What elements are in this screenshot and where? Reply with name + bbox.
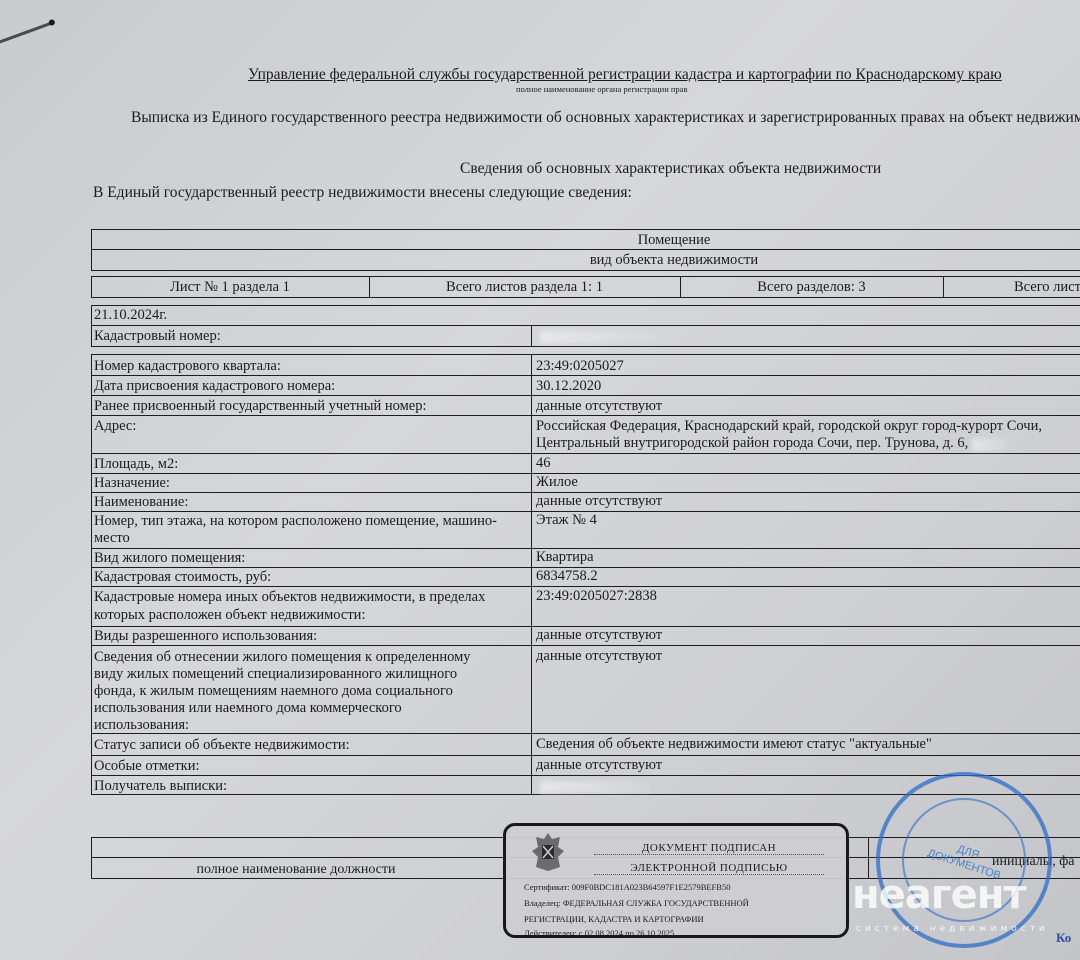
certificate-owner-line1: Владелец: ФЕДЕРАЛЬНАЯ СЛУЖБА ГОСУДАРСТВЕ… xyxy=(524,898,749,908)
authority-name: Управление федеральной службы государств… xyxy=(248,66,1002,84)
sheet-number: Лист № 1 раздела 1 xyxy=(91,279,369,296)
electronic-signature-box: ДОКУМЕНТ ПОДПИСАН ЭЛЕКТРОННОЙ ПОДПИСЬЮ С… xyxy=(503,823,849,938)
row-value-previous-number: данные отсутствуют xyxy=(536,398,662,415)
row-label-specialized-housing-3: фонда, к жилым помещениям наемного дома … xyxy=(94,683,453,700)
object-type-value: Помещение xyxy=(91,232,1080,249)
row-label-specialized-housing-2: виду жилых помещений специализированного… xyxy=(94,666,457,683)
row-label-specialized-housing-4: использования или наемного дома коммерче… xyxy=(94,700,402,717)
certificate-number: Сертификат: 009F0BDC181A023B64597F1E2579… xyxy=(524,882,730,892)
row-label-record-status: Статус записи об объекте недвижимости: xyxy=(94,737,350,754)
row-label-address: Адрес: xyxy=(94,418,136,435)
row-value-purpose: Жилое xyxy=(536,474,578,491)
pen-mark xyxy=(0,22,53,47)
row-label-floor-line2: место xyxy=(94,530,130,547)
row-label-name: Наименование: xyxy=(94,494,188,511)
row-value-specialized-housing: данные отсутствуют xyxy=(536,648,662,665)
row-label-special-notes: Особые отметки: xyxy=(94,758,200,775)
object-type-caption: вид объекта недвижимости xyxy=(91,252,1080,269)
row-divider xyxy=(91,733,1080,734)
column-divider xyxy=(531,354,532,795)
authority-caption: полное наименование органа регистрации п… xyxy=(516,84,687,94)
row-label-dwelling-type: Вид жилого помещения: xyxy=(94,550,245,567)
row-value-dwelling-type: Квартира xyxy=(536,549,594,566)
row-label-specialized-housing-5: использования: xyxy=(94,717,189,734)
row-label-specialized-housing-1: Сведения об отнесении жилого помещения к… xyxy=(94,649,471,666)
row-label-floor-line1: Номер, тип этажа, на котором расположено… xyxy=(94,513,497,530)
row-label-previous-number: Ранее присвоенный государственный учетны… xyxy=(94,398,427,415)
row-label-recipient: Получатель выписки: xyxy=(94,778,227,795)
row-value-floor: Этаж № 4 xyxy=(536,512,597,529)
row-value-address-line1: Российская Федерация, Краснодарский край… xyxy=(536,418,1042,435)
row-label-purpose: Назначение: xyxy=(94,475,170,492)
row-value-record-status: Сведения об объекте недвижимости имеют с… xyxy=(536,736,932,753)
row-divider xyxy=(91,395,1080,396)
row-value-area: 46 xyxy=(536,455,551,472)
row-value-permitted-use: данные отсутствуют xyxy=(536,627,662,644)
section-title: Сведения об основных характеристиках объ… xyxy=(460,160,881,178)
row-label-permitted-use: Виды разрешенного использования: xyxy=(94,628,317,645)
divider xyxy=(943,276,944,298)
official-stamp: ДЛЯ ДОКУМЕНТОВ xyxy=(876,772,1052,948)
row-label-parent-objects-line2: которых расположен объект недвижимости: xyxy=(94,607,365,624)
total-sheets: Всего лист xyxy=(1014,279,1080,296)
row-divider xyxy=(91,453,1080,454)
certificate-validity: Действителен: с 02.08.2024 по 26.10.2025 xyxy=(524,928,674,938)
row-divider xyxy=(91,645,1080,646)
row-label-parent-objects-line1: Кадастровые номера иных объектов недвижи… xyxy=(94,589,485,606)
row-label-assignment-date: Дата присвоения кадастрового номера: xyxy=(94,378,335,395)
watermark-tagline: система недвижимости xyxy=(856,924,1049,934)
row-divider xyxy=(91,375,1080,376)
row-value-address-line2: Центральный внутригородской район города… xyxy=(536,435,968,452)
row-value-cadastral-value: 6834758.2 xyxy=(536,568,598,585)
signed-line-1: ДОКУМЕНТ ПОДПИСАН xyxy=(594,842,824,855)
row-label-cadastral-value: Кадастровая стоимость, руб: xyxy=(94,569,271,586)
total-sections: Всего разделов: 3 xyxy=(680,279,943,296)
corner-text: Ко xyxy=(1056,930,1071,946)
position-caption: полное наименование должности xyxy=(91,861,501,878)
extract-title: Выписка из Единого государственного реес… xyxy=(131,109,1080,127)
redacted-cadastral-number xyxy=(540,331,660,343)
certificate-owner-line2: РЕГИСТРАЦИИ, КАДАСТРА И КАРТОГРАФИИ xyxy=(524,914,704,924)
coat-of-arms-icon xyxy=(530,831,566,873)
divider xyxy=(91,249,1080,250)
row-divider xyxy=(91,415,1080,416)
redacted-apartment-number xyxy=(972,439,1008,451)
watermark-logo: неагент xyxy=(852,872,1026,918)
total-sheets-section: Всего листов раздела 1: 1 xyxy=(369,279,680,296)
row-divider xyxy=(91,755,1080,756)
row-value-parent-objects: 23:49:0205027:2838 xyxy=(536,588,657,605)
extract-date: 21.10.2024г. xyxy=(94,307,167,324)
intro-text: В Единый государственный реестр недвижим… xyxy=(93,184,632,202)
divider xyxy=(531,325,532,347)
cadastral-number-label: Кадастровый номер: xyxy=(94,328,221,345)
row-value-cadastral-quarter: 23:49:0205027 xyxy=(536,358,624,375)
row-value-assignment-date: 30.12.2020 xyxy=(536,378,601,395)
date-box xyxy=(91,305,1080,326)
redacted-recipient xyxy=(540,781,650,793)
row-divider xyxy=(91,473,1080,474)
row-divider xyxy=(91,775,1080,776)
row-label-area: Площадь, м2: xyxy=(94,456,178,473)
row-label-cadastral-quarter: Номер кадастрового квартала: xyxy=(94,358,281,375)
row-divider xyxy=(91,586,1080,587)
signed-line-2: ЭЛЕКТРОННОЙ ПОДПИСЬЮ xyxy=(594,862,824,875)
row-value-special-notes: данные отсутствуют xyxy=(536,757,662,774)
row-value-name: данные отсутствуют xyxy=(536,493,662,510)
